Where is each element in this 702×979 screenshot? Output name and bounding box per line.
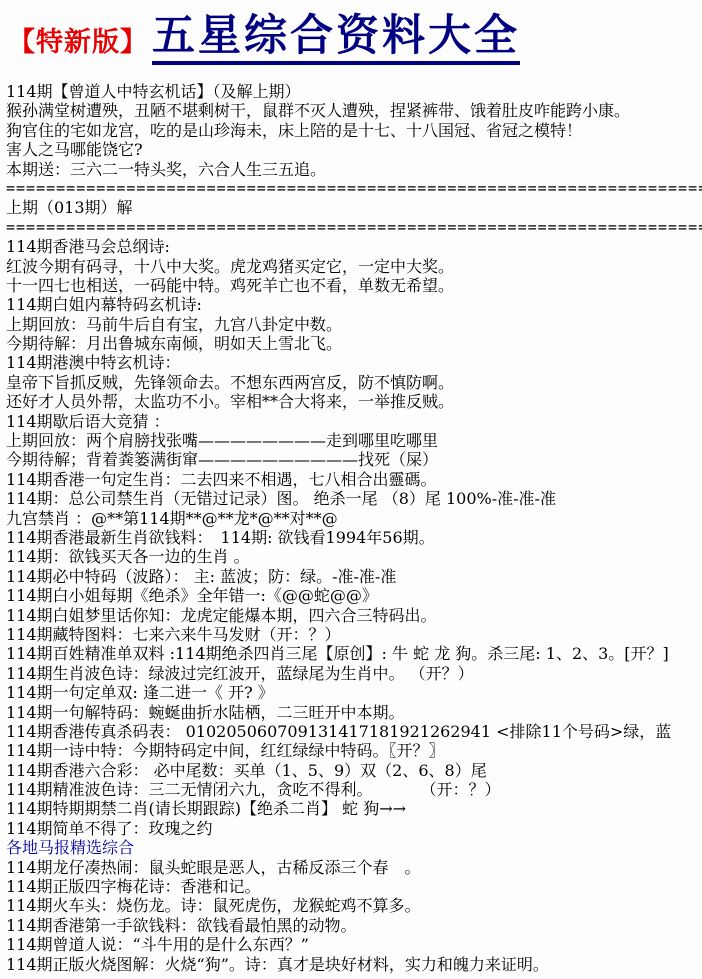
text-line: 还好才人员外帮，太监功不小。宰相**合大将来，一举推反贼。 — [6, 392, 702, 411]
text-line: 114期香港一句定生肖：二去四来不相遇，七八相合出靈碼。 — [6, 470, 702, 489]
text-line: 114期正版四字梅花诗：香港和记。 — [6, 877, 702, 896]
edition-badge: 【特新版】 — [8, 20, 148, 59]
text-line: 上期回放：马前牛后自有宝，九宫八卦定中数。 — [6, 315, 702, 334]
text-line: 114期港澳中特玄机诗： — [6, 353, 702, 372]
divider-line: ========================================… — [6, 218, 702, 237]
text-line: 114期歇后语大竞猜 ： — [6, 412, 702, 431]
text-line: 114期百姓精准单双料 :114期绝杀四肖三尾【原创】: 牛 蛇 龙 狗。杀三尾… — [6, 644, 702, 663]
text-line: 114期精准波色诗：三二无情闭六九，贪吃不得利。 （开：？） — [6, 780, 702, 799]
text-line: 114期一句定单双: 逢二进一《 开? 》 — [6, 683, 702, 702]
text-line: 114期白姐梦里话你知：龙虎定能爆本期，四六合三特码出。 — [6, 606, 702, 625]
text-line: 114期简单不得了：玫瑰之约 — [6, 819, 702, 838]
text-line: 114期白小姐每期《绝杀》全年错一:《@@蛇@@》 — [6, 586, 702, 605]
text-line: 114期正版火烧图解：火烧“狗”。诗：真才是块好材料，实力和魄力来证明。 — [6, 955, 702, 974]
page-header: 【特新版】 五星综合资料大全 — [0, 0, 702, 72]
text-line: 114期一句解特码：蜿蜒曲折水陆栖，二三旺开中本期。 — [6, 703, 702, 722]
text-line: 今期待解：月出鲁城东南倾，明如天上雪北飞。 — [6, 334, 702, 353]
text-line: 本期送：三六二一特头奖，六合人生三五追。 — [6, 160, 702, 179]
text-line: 114期：欲钱买天各一边的生肖 。 — [6, 547, 702, 566]
text-line: 114期香港第一手欲钱料：欲钱看最怕黑的动物。 — [6, 916, 702, 935]
text-line: 上期（013期）解 — [6, 198, 702, 217]
text-line: 114期香港最新生肖欲钱料： 114期: 欲钱看1994年56期。 — [6, 528, 702, 547]
text-line: 114期香港传真杀码表： 010205060709131417181921262… — [6, 722, 702, 741]
text-line: 114期曾道人说：“斗牛用的是什么东西？” — [6, 935, 702, 954]
text-line: 十一四七也相送，一码能中特。鸡死羊亡也不看，单数无希望。 — [6, 276, 702, 295]
text-line: 猴孙满堂树遭殃，丑陋不堪剩树干，鼠群不灭人遭殃，捏紧裤带、饿着肚皮咋能跨小康。 — [6, 101, 702, 120]
text-line: 114期一诗中特：今期特码定中间，红红绿绿中特码。〖开？〗 — [6, 741, 702, 760]
text-line: 114期【曾道人中特玄机话】（及解上期） — [6, 82, 702, 101]
text-line: 114期香港马会总纲诗: — [6, 237, 702, 256]
text-line: 114期：总公司禁生肖（无错过记录）图。 绝杀一尾 （8）尾 100%-准-准-… — [6, 489, 702, 508]
text-line: 114期龙仔凑热闹：鼠头蛇眼是恶人，古稀反添三个春 。 — [6, 858, 702, 877]
text-line: 114期必中特码（波路）： 主: 蓝波；防：绿。-准-准-准 — [6, 567, 702, 586]
text-line: 114期特期期禁二肖(请长期跟踪)【绝杀二肖】 蛇 狗→→ — [6, 799, 702, 818]
text-line: 害人之马哪能饶它? — [6, 140, 702, 159]
text-line: 九宫禁肖 ：@**第114期**@**龙*@**对**@ — [6, 509, 702, 528]
text-line: 114期生肖波色诗：绿波过完红波开，蓝绿尾为生肖中。 （开？） — [6, 664, 702, 683]
text-line: 红波今期有码寻，十八中大奖。虎龙鸡猪买定它，一定中大奖。 — [6, 257, 702, 276]
page-title-link[interactable]: 五星综合资料大全 — [152, 13, 520, 65]
divider-line: ========================================… — [6, 179, 702, 198]
page: 【特新版】 五星综合资料大全 114期【曾道人中特玄机话】（及解上期）猴孙满堂树… — [0, 0, 702, 979]
text-line: 114期火车头：烧伤龙。诗：鼠死虎伤，龙猴蛇鸡不算多。 — [6, 896, 702, 915]
text-line: 各地马报精选综合 — [6, 838, 702, 857]
text-line: 114期香港六合彩： 必中尾数：买单（1、5、9）双（2、6、8）尾 — [6, 761, 702, 780]
text-line: 狗官住的宅如龙宫，吃的是山珍海未，床上陪的是十七、十八国冠、省冠之模特！ — [6, 121, 702, 140]
text-line: 114期白姐内幕特码玄机诗: — [6, 295, 702, 314]
text-line: 今期待解；背着粪篓满街窜——————————找死（屎） — [6, 450, 702, 469]
text-line: 114期藏特图料：七来六来牛马发财（开：？） — [6, 625, 702, 644]
text-line: 皇帝下旨抓反贼，先锋领命去。不想东西两宫反，防不慎防啊。 — [6, 373, 702, 392]
text-line: 上期回放：两个肩膀找张嘴————————走到哪里吃哪里 — [6, 431, 702, 450]
content-lines: 114期【曾道人中特玄机话】（及解上期）猴孙满堂树遭殃，丑陋不堪剩树干，鼠群不灭… — [0, 72, 702, 974]
